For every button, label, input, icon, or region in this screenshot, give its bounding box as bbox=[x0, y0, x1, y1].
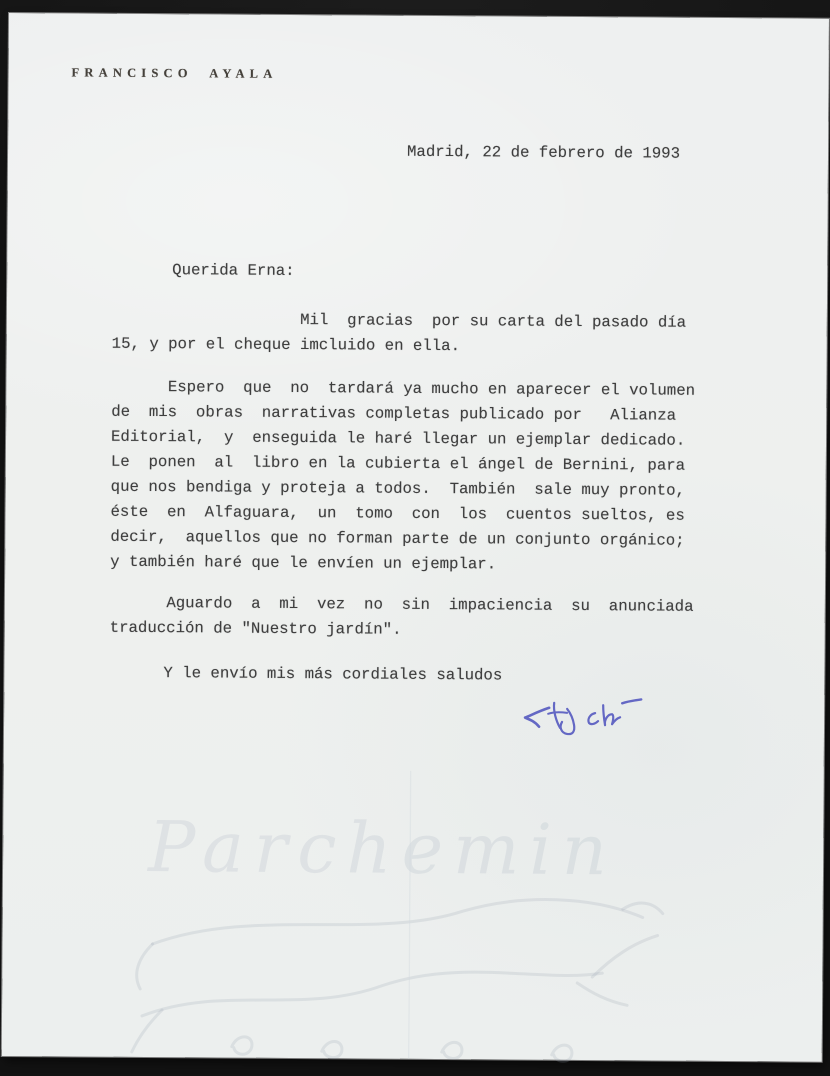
salutation-block: Querida Erna: bbox=[172, 258, 295, 284]
date-block: Madrid, 22 de febrero de 1993 bbox=[407, 140, 680, 167]
paragraph-2: Espero que no tardará ya mucho en aparec… bbox=[110, 375, 695, 579]
scan-backdrop: FRANCISCO AYALA Madrid, 22 de febrero de… bbox=[0, 0, 830, 1076]
closing-block: Y le envío mis más cordiales saludos bbox=[163, 661, 502, 688]
leaping-animal-watermark-icon bbox=[122, 884, 683, 1068]
salutation-line: Querida Erna: bbox=[172, 258, 295, 284]
typed-line: y también haré que le envíen un ejemplar… bbox=[110, 550, 694, 579]
signature-ink bbox=[482, 666, 657, 737]
typed-line: traducción de "Nuestro jardín". bbox=[110, 616, 694, 645]
letter-page: FRANCISCO AYALA Madrid, 22 de febrero de… bbox=[2, 13, 829, 1062]
date-line: Madrid, 22 de febrero de 1993 bbox=[407, 140, 680, 167]
paragraph-1: Mil gracias por su carta del pasado día1… bbox=[112, 307, 687, 361]
closing-line: Y le envío mis más cordiales saludos bbox=[163, 661, 502, 688]
typed-line: 15, y por el cheque imcluido en ella. bbox=[112, 332, 686, 361]
paragraph-3: Aguardo a mi vez no sin impaciencia su a… bbox=[110, 591, 694, 645]
scan-fold-line bbox=[408, 771, 412, 1059]
watermark-text: Parchemin bbox=[148, 806, 617, 891]
letterhead-name: FRANCISCO AYALA bbox=[72, 65, 278, 81]
